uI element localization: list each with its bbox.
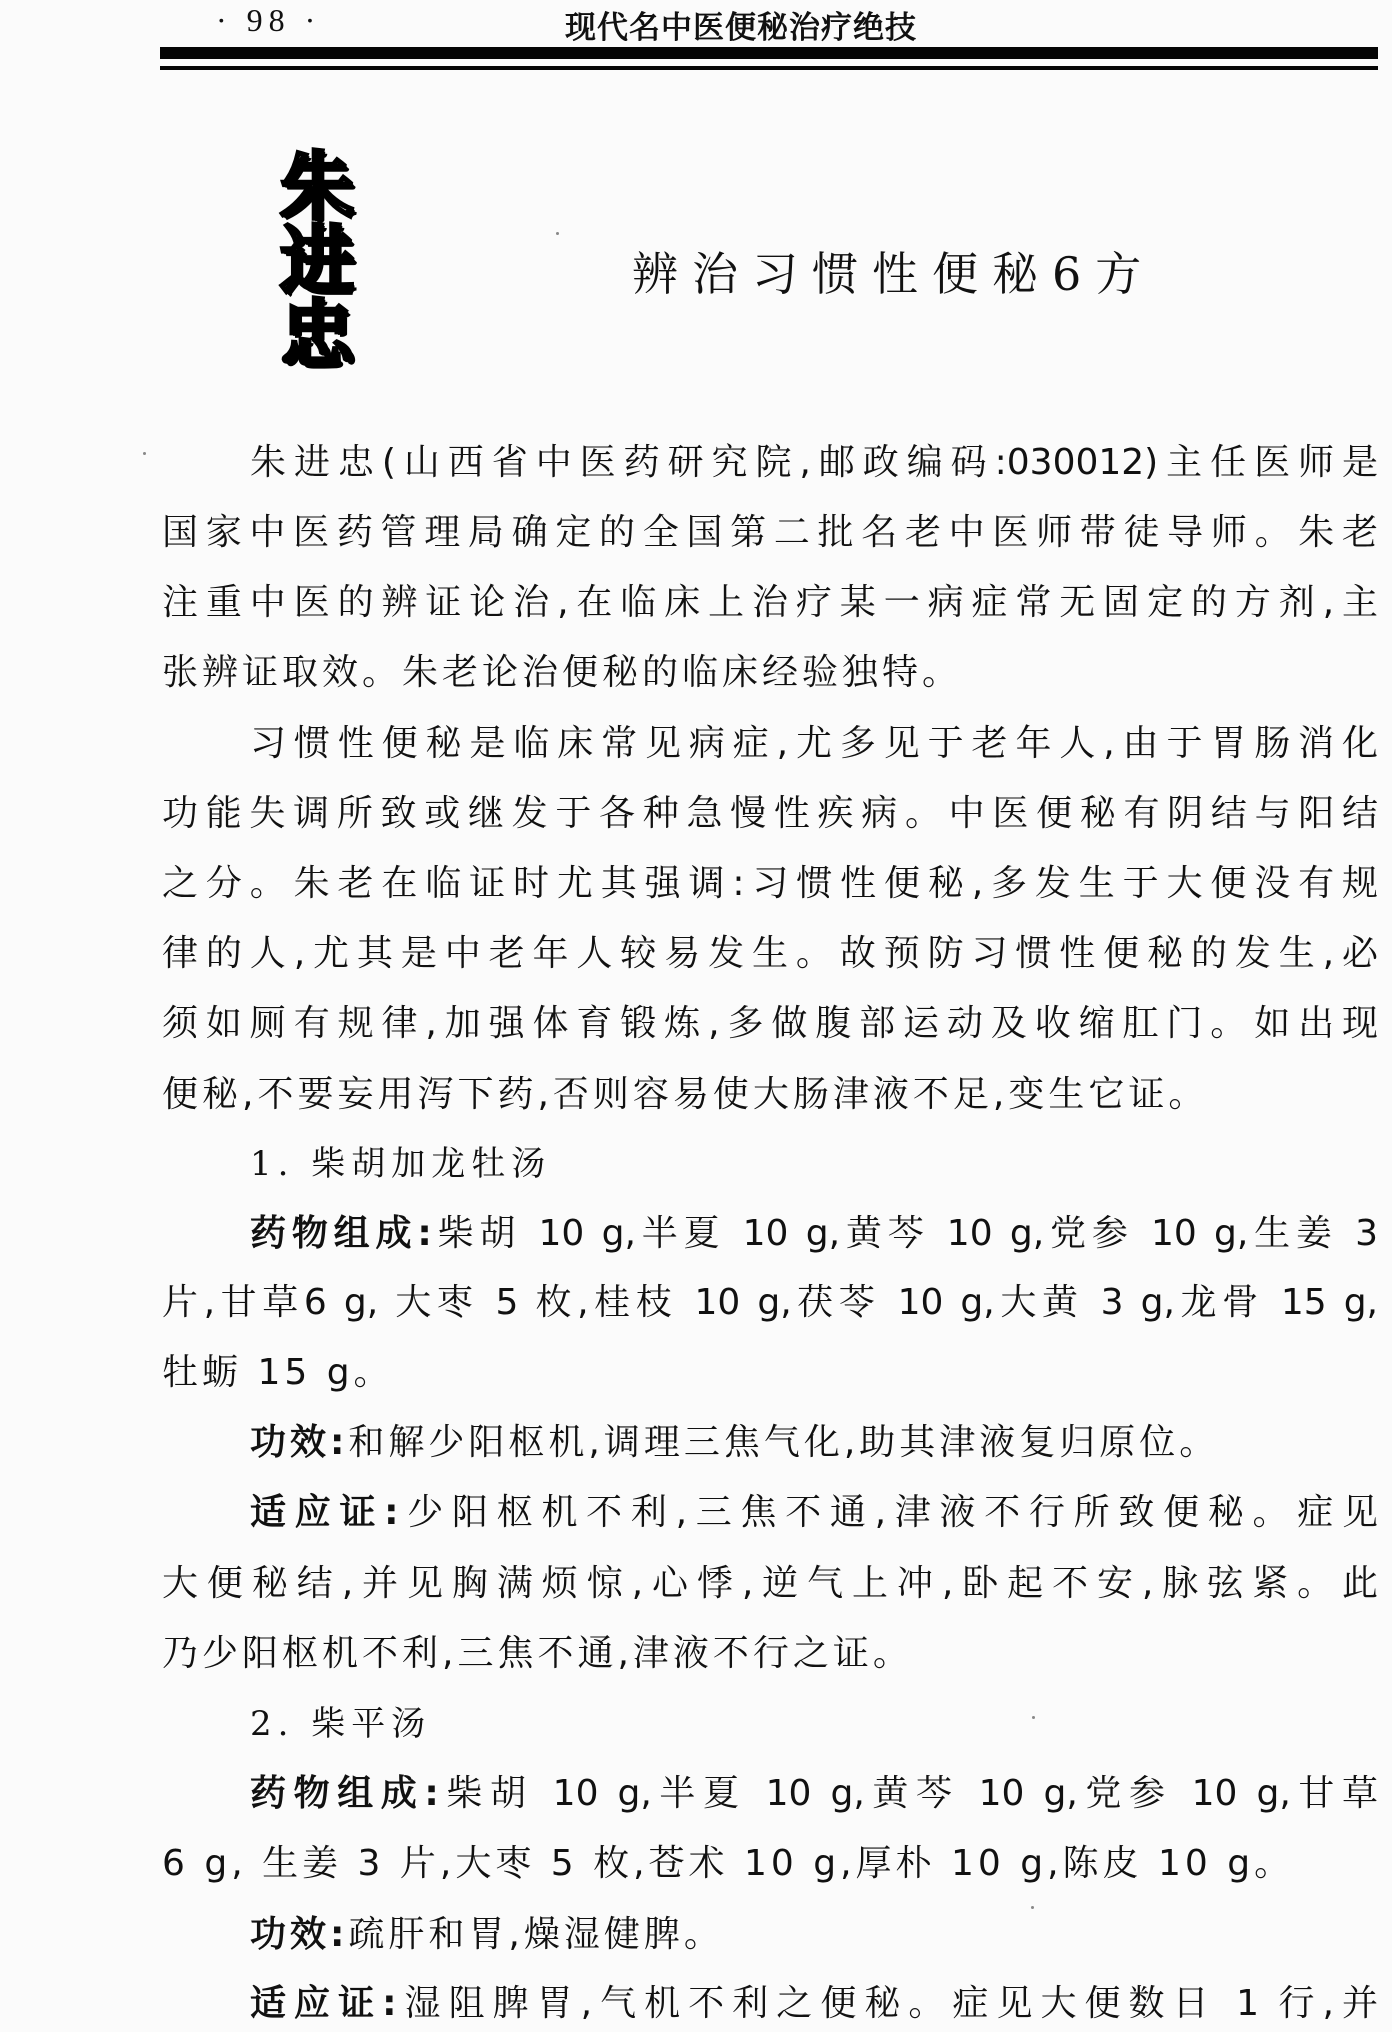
- author-name-char: 朱: [280, 150, 354, 224]
- section-heading: 2. 柴平汤: [250, 1702, 1378, 1746]
- author-name-char: 忠: [280, 298, 354, 372]
- field-label: 功效:: [250, 1421, 348, 1465]
- field-label: 药物组成:: [250, 1773, 439, 1814]
- body-line: 片,甘草6 g, 大枣 5 枚,桂枝 10 g,茯苓 10 g,大黄 3 g,龙…: [162, 1281, 1378, 1325]
- field-label: 适应证:: [250, 1492, 399, 1533]
- body-line: 药物组成:柴胡 10 g,半夏 10 g,黄芩 10 g,党参 10 g,甘草: [250, 1772, 1378, 1816]
- body-line: 适应证:少阳枢机不利,三焦不通,津液不行所致便秘。症见: [250, 1491, 1378, 1535]
- field-label: 药物组成:: [250, 1213, 432, 1254]
- body-line: 牡蛎 15 g。: [162, 1351, 1378, 1395]
- body-line: 大便秘结,并见胸满烦惊,心悸,逆气上冲,卧起不安,脉弦紧。此: [162, 1562, 1378, 1606]
- body-line: 律的人,尤其是中老年人较易发生。故预防习惯性便秘的发生,必: [162, 932, 1378, 976]
- body-line: 功能失调所致或继发于各种急慢性疾病。中医便秘有阴结与阳结: [162, 792, 1378, 836]
- header-rule-thick: [160, 47, 1378, 59]
- body-line: 功效:疏肝和胃,燥湿健脾。: [250, 1913, 1378, 1957]
- body-line: 6 g, 生姜 3 片,大枣 5 枚,苍术 10 g,厚朴 10 g,陈皮 10…: [162, 1842, 1378, 1886]
- scan-speck: [556, 232, 559, 235]
- author-name-char: 进: [280, 224, 354, 298]
- field-label: 适应证:: [250, 1983, 397, 2024]
- body-line: 须如厕有规律,加强体育锻炼,多做腹部运动及收缩肛门。如出现: [162, 1002, 1378, 1046]
- body-line: 注重中医的辨证论治,在临床上治疗某一病症常无固定的方剂,主: [162, 581, 1378, 625]
- body-line: 习惯性便秘是临床常见病症,尤多见于老年人,由于胃肠消化: [250, 722, 1378, 766]
- body-line: 乃少阳枢机不利,三焦不通,津液不行之证。: [162, 1632, 1378, 1676]
- body-line: 功效:和解少阳枢机,调理三焦气化,助其津液复归原位。: [250, 1421, 1378, 1465]
- scan-speck: [1031, 1906, 1034, 1909]
- article-title: 辨治习惯性便秘6方: [632, 238, 1155, 304]
- body-line: 适应证:湿阻脾胃,气机不利之便秘。症见大便数日 1 行,并: [250, 1982, 1378, 2026]
- section-heading: 1. 柴胡加龙牡汤: [250, 1142, 1378, 1186]
- body-line: 便秘,不要妄用泻下药,否则容易使大肠津液不足,变生它证。: [162, 1073, 1378, 1117]
- scan-speck: [1032, 1716, 1035, 1719]
- running-header: · 98 · 现代名中医便秘治疗绝技: [160, 0, 1378, 70]
- body-line: 药物组成:柴胡 10 g,半夏 10 g,黄芩 10 g,党参 10 g,生姜 …: [250, 1212, 1378, 1256]
- running-title: 现代名中医便秘治疗绝技: [565, 2, 917, 47]
- header-rule-thin: [160, 66, 1378, 70]
- body-line: 之分。朱老在临证时尤其强调:习惯性便秘,多发生于大便没有规: [162, 862, 1378, 906]
- body-line: 朱进忠(山西省中医药研究院,邮政编码:030012)主任医师是: [250, 441, 1378, 485]
- page-number: · 98 ·: [216, 2, 321, 39]
- field-label: 功效:: [250, 1913, 348, 1957]
- scan-speck: [143, 452, 146, 455]
- body-line: 张辨证取效。朱老论治便秘的临床经验独特。: [162, 651, 1378, 695]
- author-name-vertical: 朱 进 忠: [252, 150, 382, 372]
- body-line: 国家中医药管理局确定的全国第二批名老中医师带徒导师。朱老: [162, 511, 1378, 555]
